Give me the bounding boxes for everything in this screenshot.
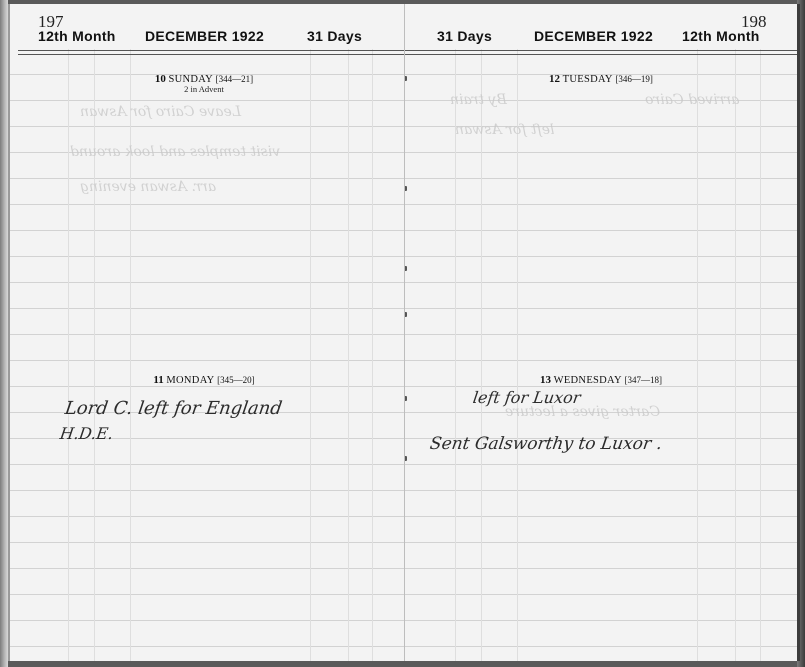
month-number-label: 12th Month [38,28,116,44]
ruled-column-line [735,49,736,661]
left-page: 197 12th Month DECEMBER 1922 31 Days 10 … [8,4,406,661]
bleed-through-text: arrived Cairo [645,92,739,108]
month-number-label: 12th Month [682,28,760,44]
binding-stitch [405,312,407,317]
day-heading-tuesday: 12 TUESDAY [346—19] [405,73,797,85]
header-double-rule [18,50,406,55]
binding-stitch [405,456,407,461]
handwritten-note: Sent Galsworthy to Luxor . [429,434,664,454]
month-year-label: DECEMBER 1922 [534,28,653,44]
liturgical-subtitle: 2 in Advent [8,84,406,94]
ruled-column-line [517,49,518,661]
ruled-column-line [310,49,311,661]
day-heading-wednesday: 13 WEDNESDAY [347—18] [405,374,797,386]
ruled-column-line [372,49,373,661]
binding-stitch [405,396,407,401]
bleed-through-text: Leave Cairo for Aswan [80,104,241,120]
page-header: 198 31 Days DECEMBER 1922 12th Month [405,4,797,48]
right-page: 198 31 Days DECEMBER 1922 12th Month 12 … [405,4,800,661]
bleed-through-text: visit temples and look around [70,144,280,160]
handwritten-note: left for Luxor [472,388,582,407]
ruled-column-line [760,49,761,661]
days-count-label: 31 Days [307,28,362,44]
ruled-column-line [348,49,349,661]
month-year-label: DECEMBER 1922 [145,28,264,44]
ruled-lines [405,49,797,661]
ruled-column-line [94,49,95,661]
ruled-column-line [130,49,131,661]
diary-spread: 197 12th Month DECEMBER 1922 31 Days 10 … [0,0,805,667]
header-double-rule [405,50,797,55]
ruled-column-line [455,49,456,661]
ruled-column-line [481,49,482,661]
handwritten-note: H.D.E. [59,424,115,443]
page-header: 197 12th Month DECEMBER 1922 31 Days [10,4,406,48]
ruled-lines [10,49,406,661]
book-edge-left [0,0,8,667]
days-count-label: 31 Days [437,28,492,44]
binding-stitch [405,266,407,271]
ruled-column-line [697,49,698,661]
handwritten-note: Lord C. left for England [64,398,284,419]
bleed-through-text: By train [450,92,507,108]
ruled-column-line [68,49,69,661]
bleed-through-text: left for Aswan [455,122,554,138]
bleed-through-text: arr. Aswan evening [80,179,216,195]
day-heading-monday: 11 MONDAY [345—20] [8,374,406,386]
binding-stitch [405,186,407,191]
